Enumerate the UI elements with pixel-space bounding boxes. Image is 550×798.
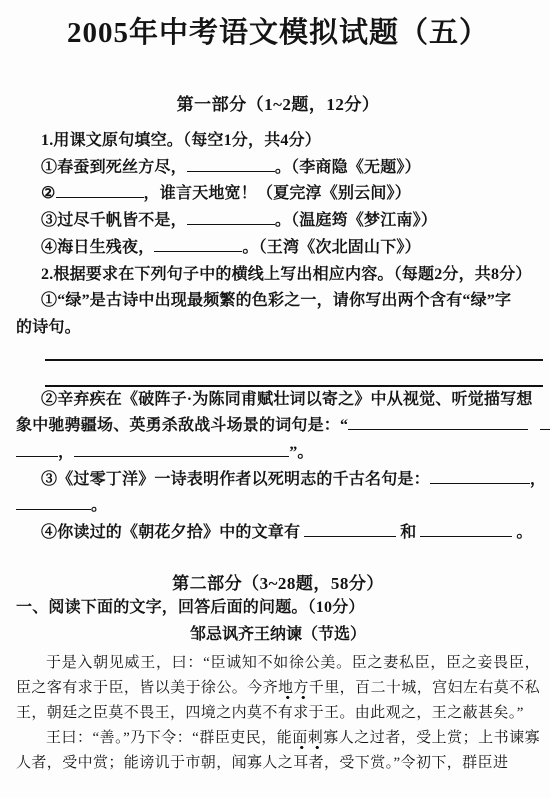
q1-item-3-pre: ③过尽千帆皆不是， — [41, 212, 187, 229]
passage-title: 邹忌讽齐王纳谏（节选） — [16, 622, 540, 648]
q1-item-2-post: ，谁言天地宽！（夏完淳《别云间》） — [144, 185, 411, 202]
q2-item3-line1: ③《过零丁洋》一诗表明作者以死明志的千古名句是：， — [16, 467, 540, 494]
passage-paragraph-2: 王曰：“善。”乃下令：“群臣吏民，能面刺寡人之过者，受上赏；上书谏寡人者，受中赏… — [16, 726, 540, 776]
answer-blank — [540, 416, 550, 430]
q2-item2-line1: ②辛弃疾在《破阵子·为陈同甫赋壮词以寄之》中从视觉、听觉描写想 — [16, 387, 540, 414]
page-title: 2005年中考语文模拟试题（五） — [16, 14, 540, 52]
emphasized-text: 面刺 — [292, 730, 323, 750]
exam-page: 2005年中考语文模拟试题（五） 第一部分（1~2题，12分） 1.用课文原句填… — [0, 0, 550, 798]
answer-blank — [348, 416, 528, 430]
q1-item-4-pre: ④海日生残夜， — [41, 239, 154, 256]
q1-item-4-post: 。（王湾《次北固山下》） — [242, 239, 420, 256]
answer-blank — [74, 443, 289, 457]
q1-item-1-pre: ①春蚕到死丝方尽， — [41, 159, 187, 176]
q2-intro: 2.根据要求在下列句子中的横线上写出相应内容。（每题2分，共8分） — [16, 262, 540, 289]
q2-item4: ④你读过的《朝花夕拾》中的文章有和。 — [16, 520, 540, 547]
q2-item2-line3: ，”。 — [16, 440, 540, 467]
q1-item-3-post: 。（温庭筠《梦江南》） — [275, 212, 437, 229]
answer-blank — [16, 443, 58, 457]
q1-item-3: ③过尽千帆皆不是，。（温庭筠《梦江南》） — [16, 208, 540, 235]
answer-blank — [56, 184, 144, 198]
answer-blank — [420, 523, 512, 537]
q2-item2-line3-end: ”。 — [289, 444, 313, 461]
answer-blank — [16, 496, 91, 510]
q2-item1-line1: ①“绿”是古诗中出现最频繁的色彩之一，请你写出两个含有“绿”字 — [16, 288, 540, 315]
answer-blank — [430, 470, 530, 484]
q2-item4-pre: ④你读过的《朝花夕拾》中的文章有 — [41, 524, 300, 541]
q2-item3-pre: ③《过零丁洋》一诗表明作者以死明志的千古名句是： — [41, 471, 430, 488]
q1-item-2-pre: ② — [41, 185, 56, 202]
q2-item2-line2-pre: 象中驰骋疆场、英勇杀敌战斗场景的词句是：“ — [16, 417, 348, 434]
answer-blank — [187, 158, 275, 172]
part2-intro: 一、阅读下面的文字，回答后面的问题。（10分） — [16, 595, 540, 622]
passage-text: 王曰：“善。”乃下令：“群臣吏民，能 — [46, 730, 292, 746]
q1-item-4: ④海日生残夜，。（王湾《次北固山下》） — [16, 235, 540, 262]
passage-paragraph-1: 于是入朝见威王，曰：“臣诚知不如徐公美。臣之妻私臣，臣之妾畏臣，臣之客有求于臣，… — [16, 651, 540, 726]
q1-item-2: ②，谁言天地宽！（夏完淳《别云间》） — [16, 181, 540, 208]
q1-intro: 1.用课文原句填空。（每空1分，共4分） — [16, 128, 540, 155]
q2-item3-comma: ， — [530, 471, 546, 488]
answer-blank — [154, 238, 242, 252]
q2-item2-line3-comma: ， — [58, 444, 74, 461]
q2-item3-line2: 。 — [16, 493, 540, 520]
q2-item4-mid: 和 — [400, 524, 416, 541]
q2-item1-line2: 的诗句。 — [16, 315, 540, 342]
answer-blank — [187, 211, 275, 225]
answer-blank — [304, 523, 396, 537]
q2-item3-end: 。 — [91, 497, 107, 514]
part2-heading: 第二部分（3~28题，58分） — [16, 573, 540, 595]
q1-item-1: ①春蚕到死丝方尽，。（李商隐《无题》） — [16, 155, 540, 182]
q2-item2-line2: 象中驰骋疆场、英勇杀敌战斗场景的词句是：“ — [16, 413, 540, 440]
q1-item-1-post: 。（李商隐《无题》） — [275, 159, 421, 176]
answer-rule-line — [45, 359, 543, 361]
emphasized-text: 地方 — [278, 680, 309, 700]
q2-item4-end: 。 — [516, 524, 532, 541]
part1-heading: 第一部分（1~2题，12分） — [16, 94, 540, 116]
